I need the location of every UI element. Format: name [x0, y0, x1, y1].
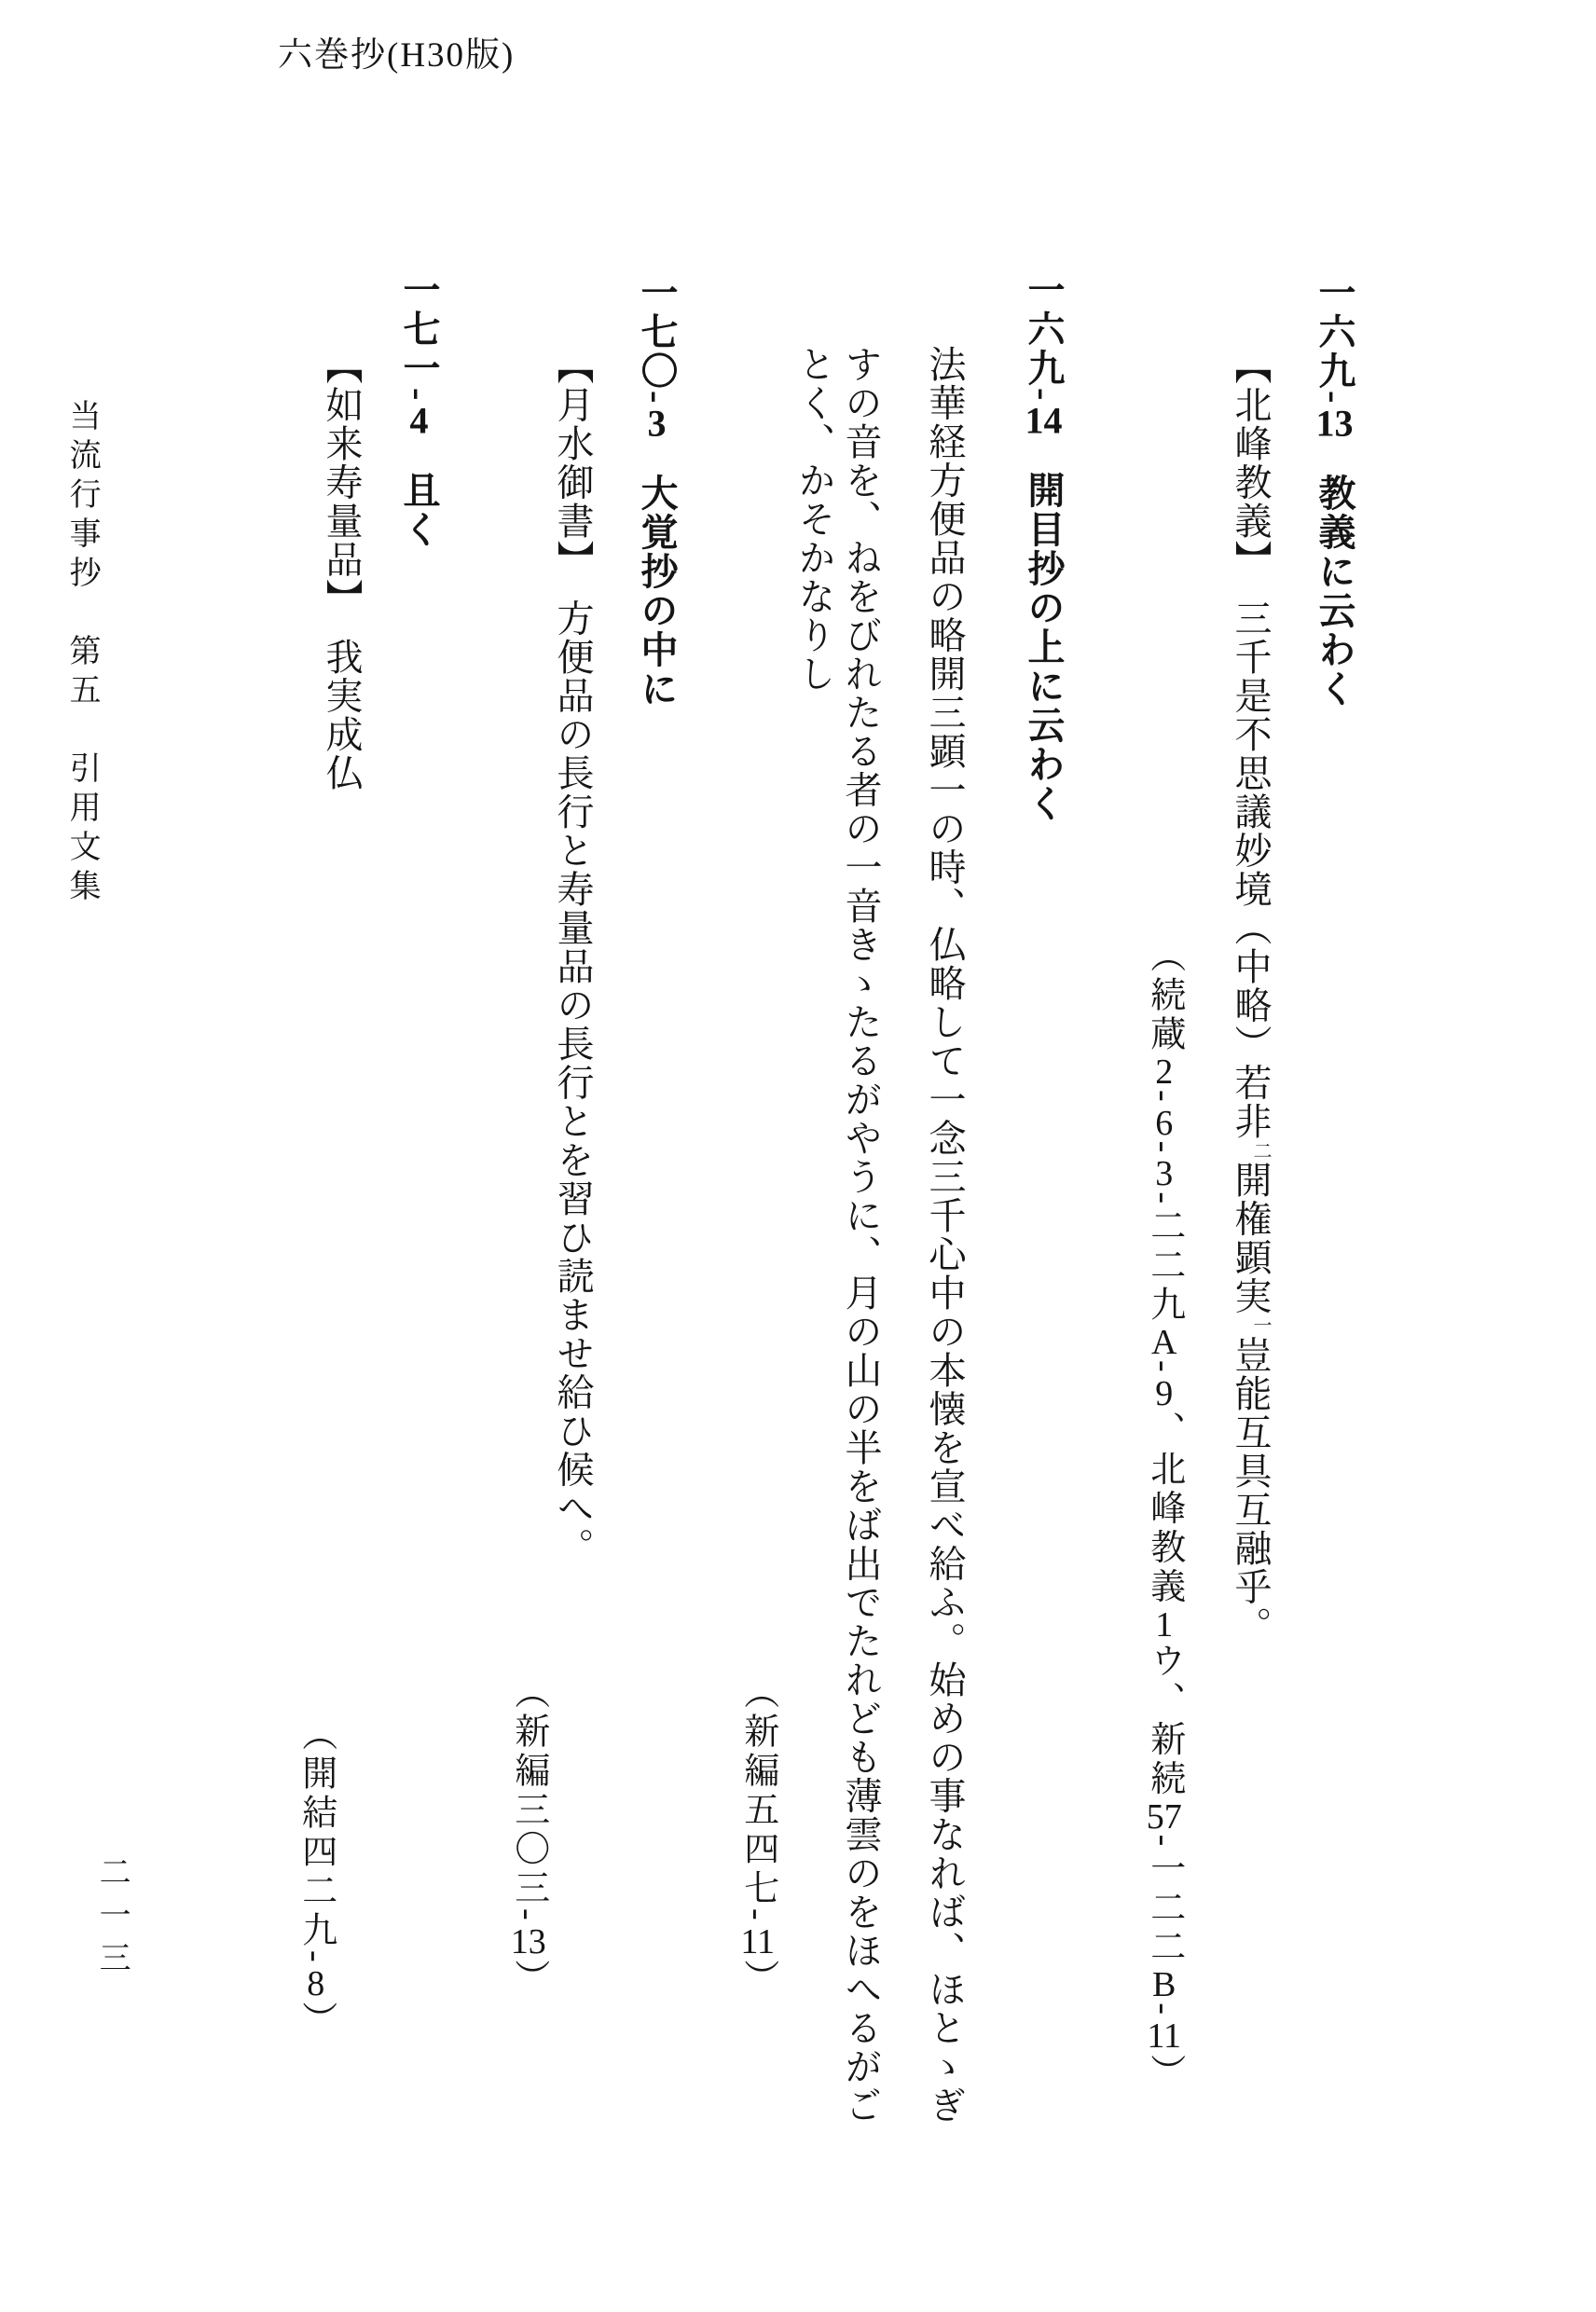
section-title: 大覚抄の中に: [636, 474, 677, 709]
quote-kaimokusho-column-2: すの音を、ねをびれたる者の一音きゝたるがやうに、月の山の半をば出でたれども薄雲の…: [839, 345, 882, 2125]
section-title: 開目抄の上に云わく: [1023, 471, 1064, 823]
section-number: 一六九-13: [1314, 273, 1355, 442]
section-number: 一六九-14: [1023, 270, 1065, 439]
source-reference-171-4: （開結四二九-8）: [295, 1715, 336, 2041]
source-reference-169-13: （続蔵2-6-3-二二九A-9、北峰教義1ウ、新続57-一二二B-11）: [1143, 937, 1184, 2093]
section-heading-169-13: 一六九-13教義に云わく: [1313, 273, 1355, 709]
section-heading-171-4: 一七一-4且く: [397, 270, 440, 549]
running-title: 当流行事抄 第五 引用文集: [63, 399, 100, 908]
section-number: 一七一-4: [398, 270, 440, 439]
booklet-title: 六巻抄(H30版): [278, 26, 515, 76]
section-number: 一七〇-3: [636, 273, 678, 442]
page-number: 二一三: [93, 1855, 130, 1984]
quote-hokubu-kyogi: 【北峰教義】 三千是不思議妙境（中略）若非二開権顕実一豈能互具互融乎。: [1229, 347, 1272, 1645]
section-title: 且く: [398, 471, 439, 549]
section-heading-170-3: 一七〇-3大覚抄の中に: [635, 273, 678, 709]
section-heading-169-14: 一六九-14開目抄の上に云わく: [1022, 270, 1065, 823]
source-reference-169-14: （新編五四七-11）: [736, 1673, 777, 1999]
quote-kaimokusho-column-3: とく、かそかなりし: [792, 345, 835, 694]
quote-gassui-gosho: 【月水御書】 方便品の長行と寿量品の長行とを習ひ読ませ給ひ候へ。: [551, 347, 594, 1566]
scanned-document-page: 六巻抄(H30版) 一六九-13教義に云わく 【北峰教義】 三千是不思議妙境（中…: [0, 0, 1596, 2312]
quote-nyorai-juryohon: 【如来寿量品】 我実成仏: [320, 347, 363, 792]
source-reference-170-3: （新編三〇三-13）: [507, 1673, 548, 1999]
section-title: 教義に云わく: [1314, 474, 1355, 709]
quote-kaimokusho-column-1: 法華経方便品の略開三顕一の時、仏略して一念三千心中の本懐を宣べ給ふ。始めの事なれ…: [923, 345, 966, 2125]
